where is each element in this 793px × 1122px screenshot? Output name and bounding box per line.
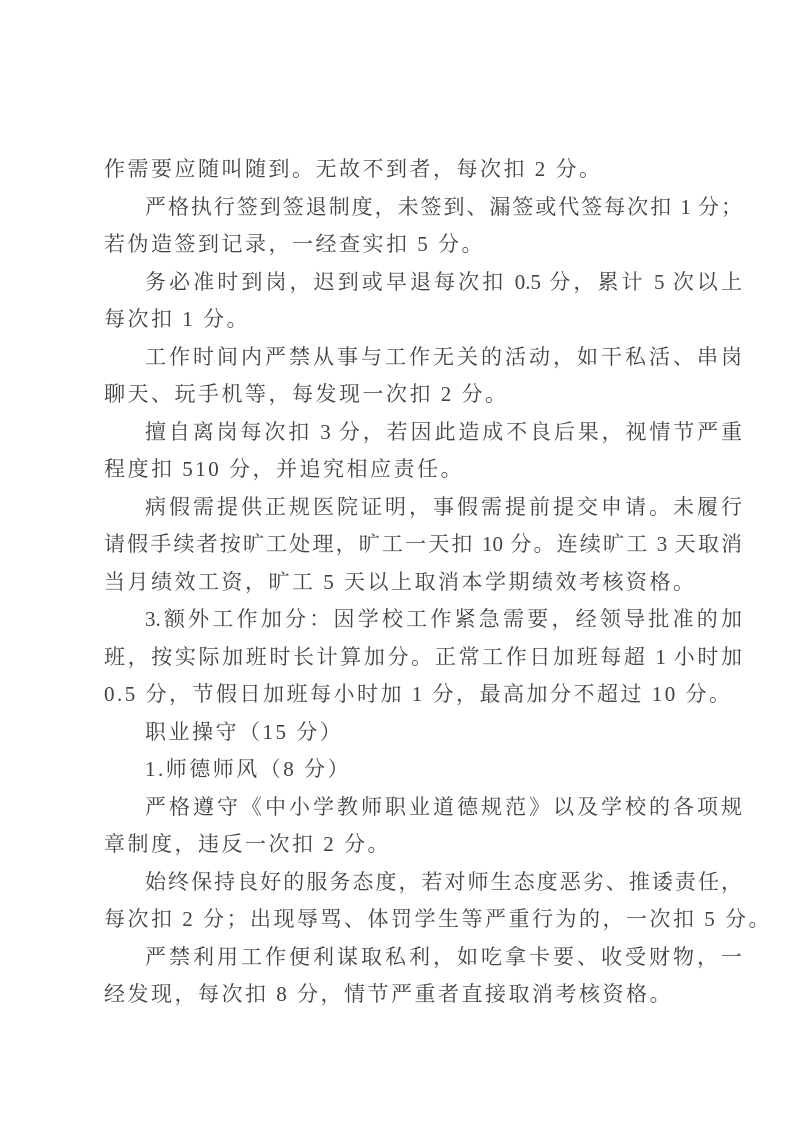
text-line: 经发现，每次扣 8 分，情节严重者直接取消考核资格。 <box>104 976 742 1014</box>
text-line: 章制度，违反一次扣 2 分。 <box>104 826 742 864</box>
text-line: 聊天、玩手机等，每发现一次扣 2 分。 <box>104 376 742 414</box>
text-line: 病假需提供正规医院证明，事假需提前提交申请。未履行 <box>104 489 742 527</box>
text-line: 1.师德师风（8 分） <box>104 751 742 789</box>
text-line: 当月绩效工资，旷工 5 天以上取消本学期绩效考核资格。 <box>104 564 742 602</box>
text-line: 作需要应随叫随到。无故不到者，每次扣 2 分。 <box>104 151 742 189</box>
text-line: 职业操守（15 分） <box>104 714 742 752</box>
text-line: 严格执行签到签退制度，未签到、漏签或代签每次扣 1 分； <box>104 189 742 227</box>
text-line: 工作时间内严禁从事与工作无关的活动，如干私活、串岗 <box>104 339 742 377</box>
text-line: 请假手续者按旷工处理，旷工一天扣 10 分。连续旷工 3 天取消 <box>104 526 742 564</box>
text-line: 3.额外工作加分：因学校工作紧急需要，经领导批准的加 <box>104 601 742 639</box>
document-text-block: 作需要应随叫随到。无故不到者，每次扣 2 分。严格执行签到签退制度，未签到、漏签… <box>104 151 742 1014</box>
text-line: 班，按实际加班时长计算加分。正常工作日加班每超 1 小时加 <box>104 639 742 677</box>
text-line: 始终保持良好的服务态度，若对师生态度恶劣、推诿责任， <box>104 864 742 902</box>
text-line: 务必准时到岗，迟到或早退每次扣 0.5 分，累计 5 次以上 <box>104 264 742 302</box>
text-line: 程度扣 510 分，并追究相应责任。 <box>104 451 742 489</box>
text-line: 0.5 分，节假日加班每小时加 1 分，最高加分不超过 10 分。 <box>104 676 742 714</box>
document-page: 作需要应随叫随到。无故不到者，每次扣 2 分。严格执行签到签退制度，未签到、漏签… <box>0 0 793 1122</box>
text-line: 每次扣 1 分。 <box>104 301 742 339</box>
text-line: 严格遵守《中小学教师职业道德规范》以及学校的各项规 <box>104 789 742 827</box>
text-line: 若伪造签到记录，一经查实扣 5 分。 <box>104 226 742 264</box>
text-line: 擅自离岗每次扣 3 分，若因此造成不良后果，视情节严重 <box>104 414 742 452</box>
text-line: 严禁利用工作便利谋取私利，如吃拿卡要、收受财物，一 <box>104 939 742 977</box>
text-line: 每次扣 2 分；出现辱骂、体罚学生等严重行为的，一次扣 5 分。 <box>104 901 742 939</box>
